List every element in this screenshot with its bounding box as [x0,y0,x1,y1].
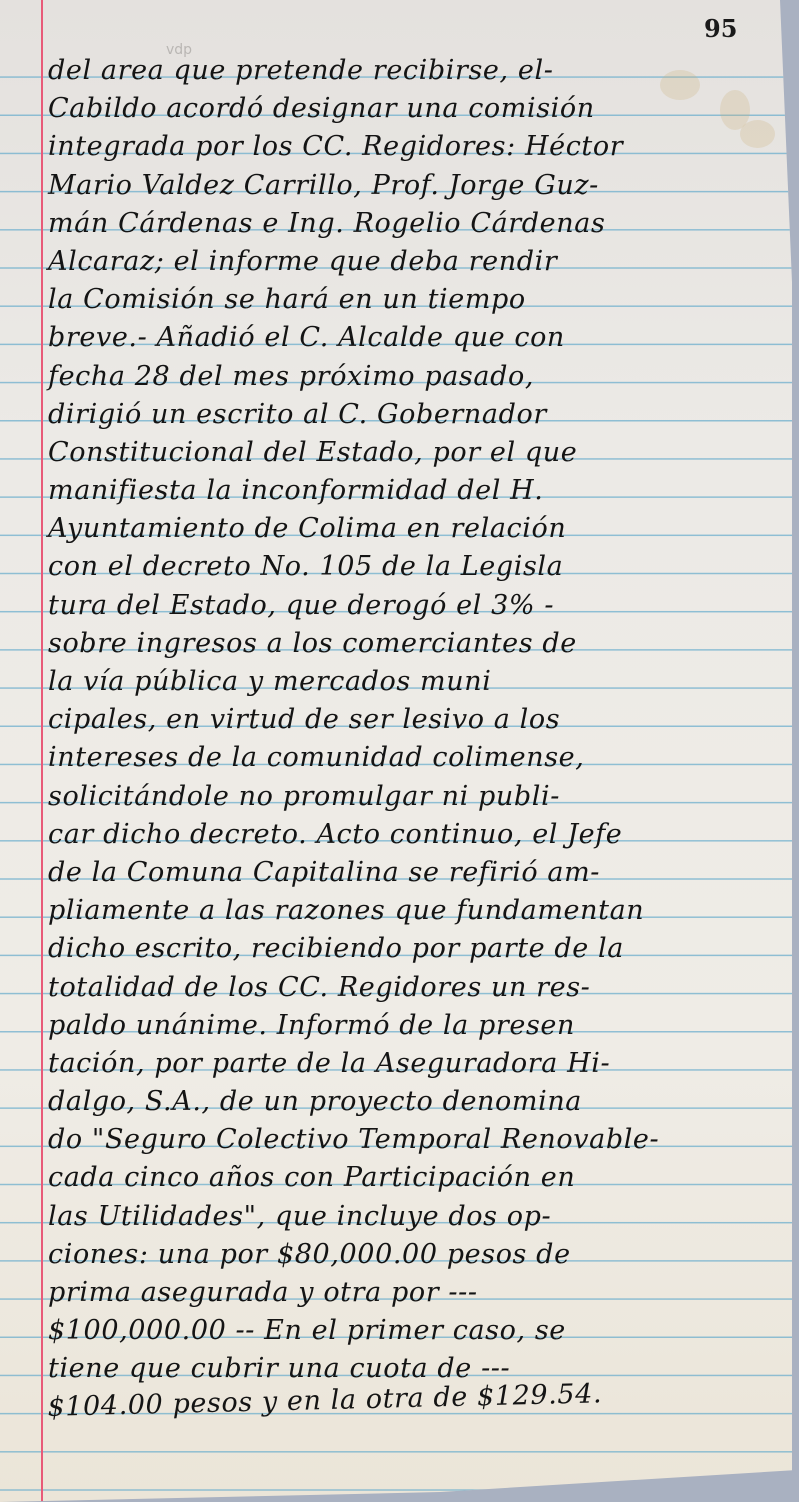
text-line: ciones: una por $80,000.00 pesos de [42,1236,782,1274]
text-line: Alcaraz; el informe que deba rendir [42,243,782,281]
text-line: Mario Valdez Carrillo, Prof. Jorge Guz- [42,167,782,205]
notebook-page: 95 vdp del area que pretende recibirse, … [0,0,792,1502]
text-line: la Comisión se hará en un tiempo [42,281,782,319]
text-line: cada cinco años con Participación en [42,1159,782,1197]
text-line: intereses de la comunidad colimense, [42,739,782,777]
text-line: paldo unánime. Informó de la presen [42,1007,782,1045]
text-line: Cabildo acordó designar una comisión [42,90,782,128]
text-line: manifiesta la inconformidad del H. [42,472,782,510]
text-line: dicho escrito, recibiendo por parte de l… [42,930,782,968]
text-line: del area que pretende recibirse, el- [42,52,782,90]
text-line: fecha 28 del mes próximo pasado, [42,358,782,396]
text-line: prima asegurada y otra por --- [42,1274,782,1312]
text-line: las Utilidades", que incluye dos op- [42,1198,782,1236]
text-line: solicitándole no promulgar ni publi- [42,778,782,816]
text-line: breve.- Añadió el C. Alcalde que con [42,319,782,357]
text-line: dalgo, S.A., de un proyecto denomina [42,1083,782,1121]
text-line: car dicho decreto. Acto continuo, el Jef… [42,816,782,854]
text-line: $100,000.00 -- En el primer caso, se [42,1312,782,1350]
text-line: de la Comuna Capitalina se refirió am- [42,854,782,892]
text-line: integrada por los CC. Regidores: Héctor [42,128,782,166]
text-line: Ayuntamiento de Colima en relación [42,510,782,548]
text-line: tura del Estado, que derogó el 3% - [42,587,782,625]
text-line: pliamente a las razones que fundamentan [42,892,782,930]
text-line: do "Seguro Colectivo Temporal Renovable- [42,1121,782,1159]
text-line: la vía pública y mercados muni [42,663,782,701]
text-line: con el decreto No. 105 de la Legisla [42,548,782,586]
text-line: sobre ingresos a los comerciantes de [42,625,782,663]
text-line: tación, por parte de la Aseguradora Hi- [42,1045,782,1083]
text-line: totalidad de los CC. Regidores un res- [42,969,782,1007]
text-line: cipales, en virtud de ser lesivo a los [42,701,782,739]
text-line: mán Cárdenas e Ing. Rogelio Cárdenas [42,205,782,243]
text-line: dirigió un escrito al C. Gobernador [42,396,782,434]
page-number: 95 [704,14,737,43]
handwritten-text: del area que pretende recibirse, el- Cab… [42,58,782,1433]
text-line: Constitucional del Estado, por el que [42,434,782,472]
